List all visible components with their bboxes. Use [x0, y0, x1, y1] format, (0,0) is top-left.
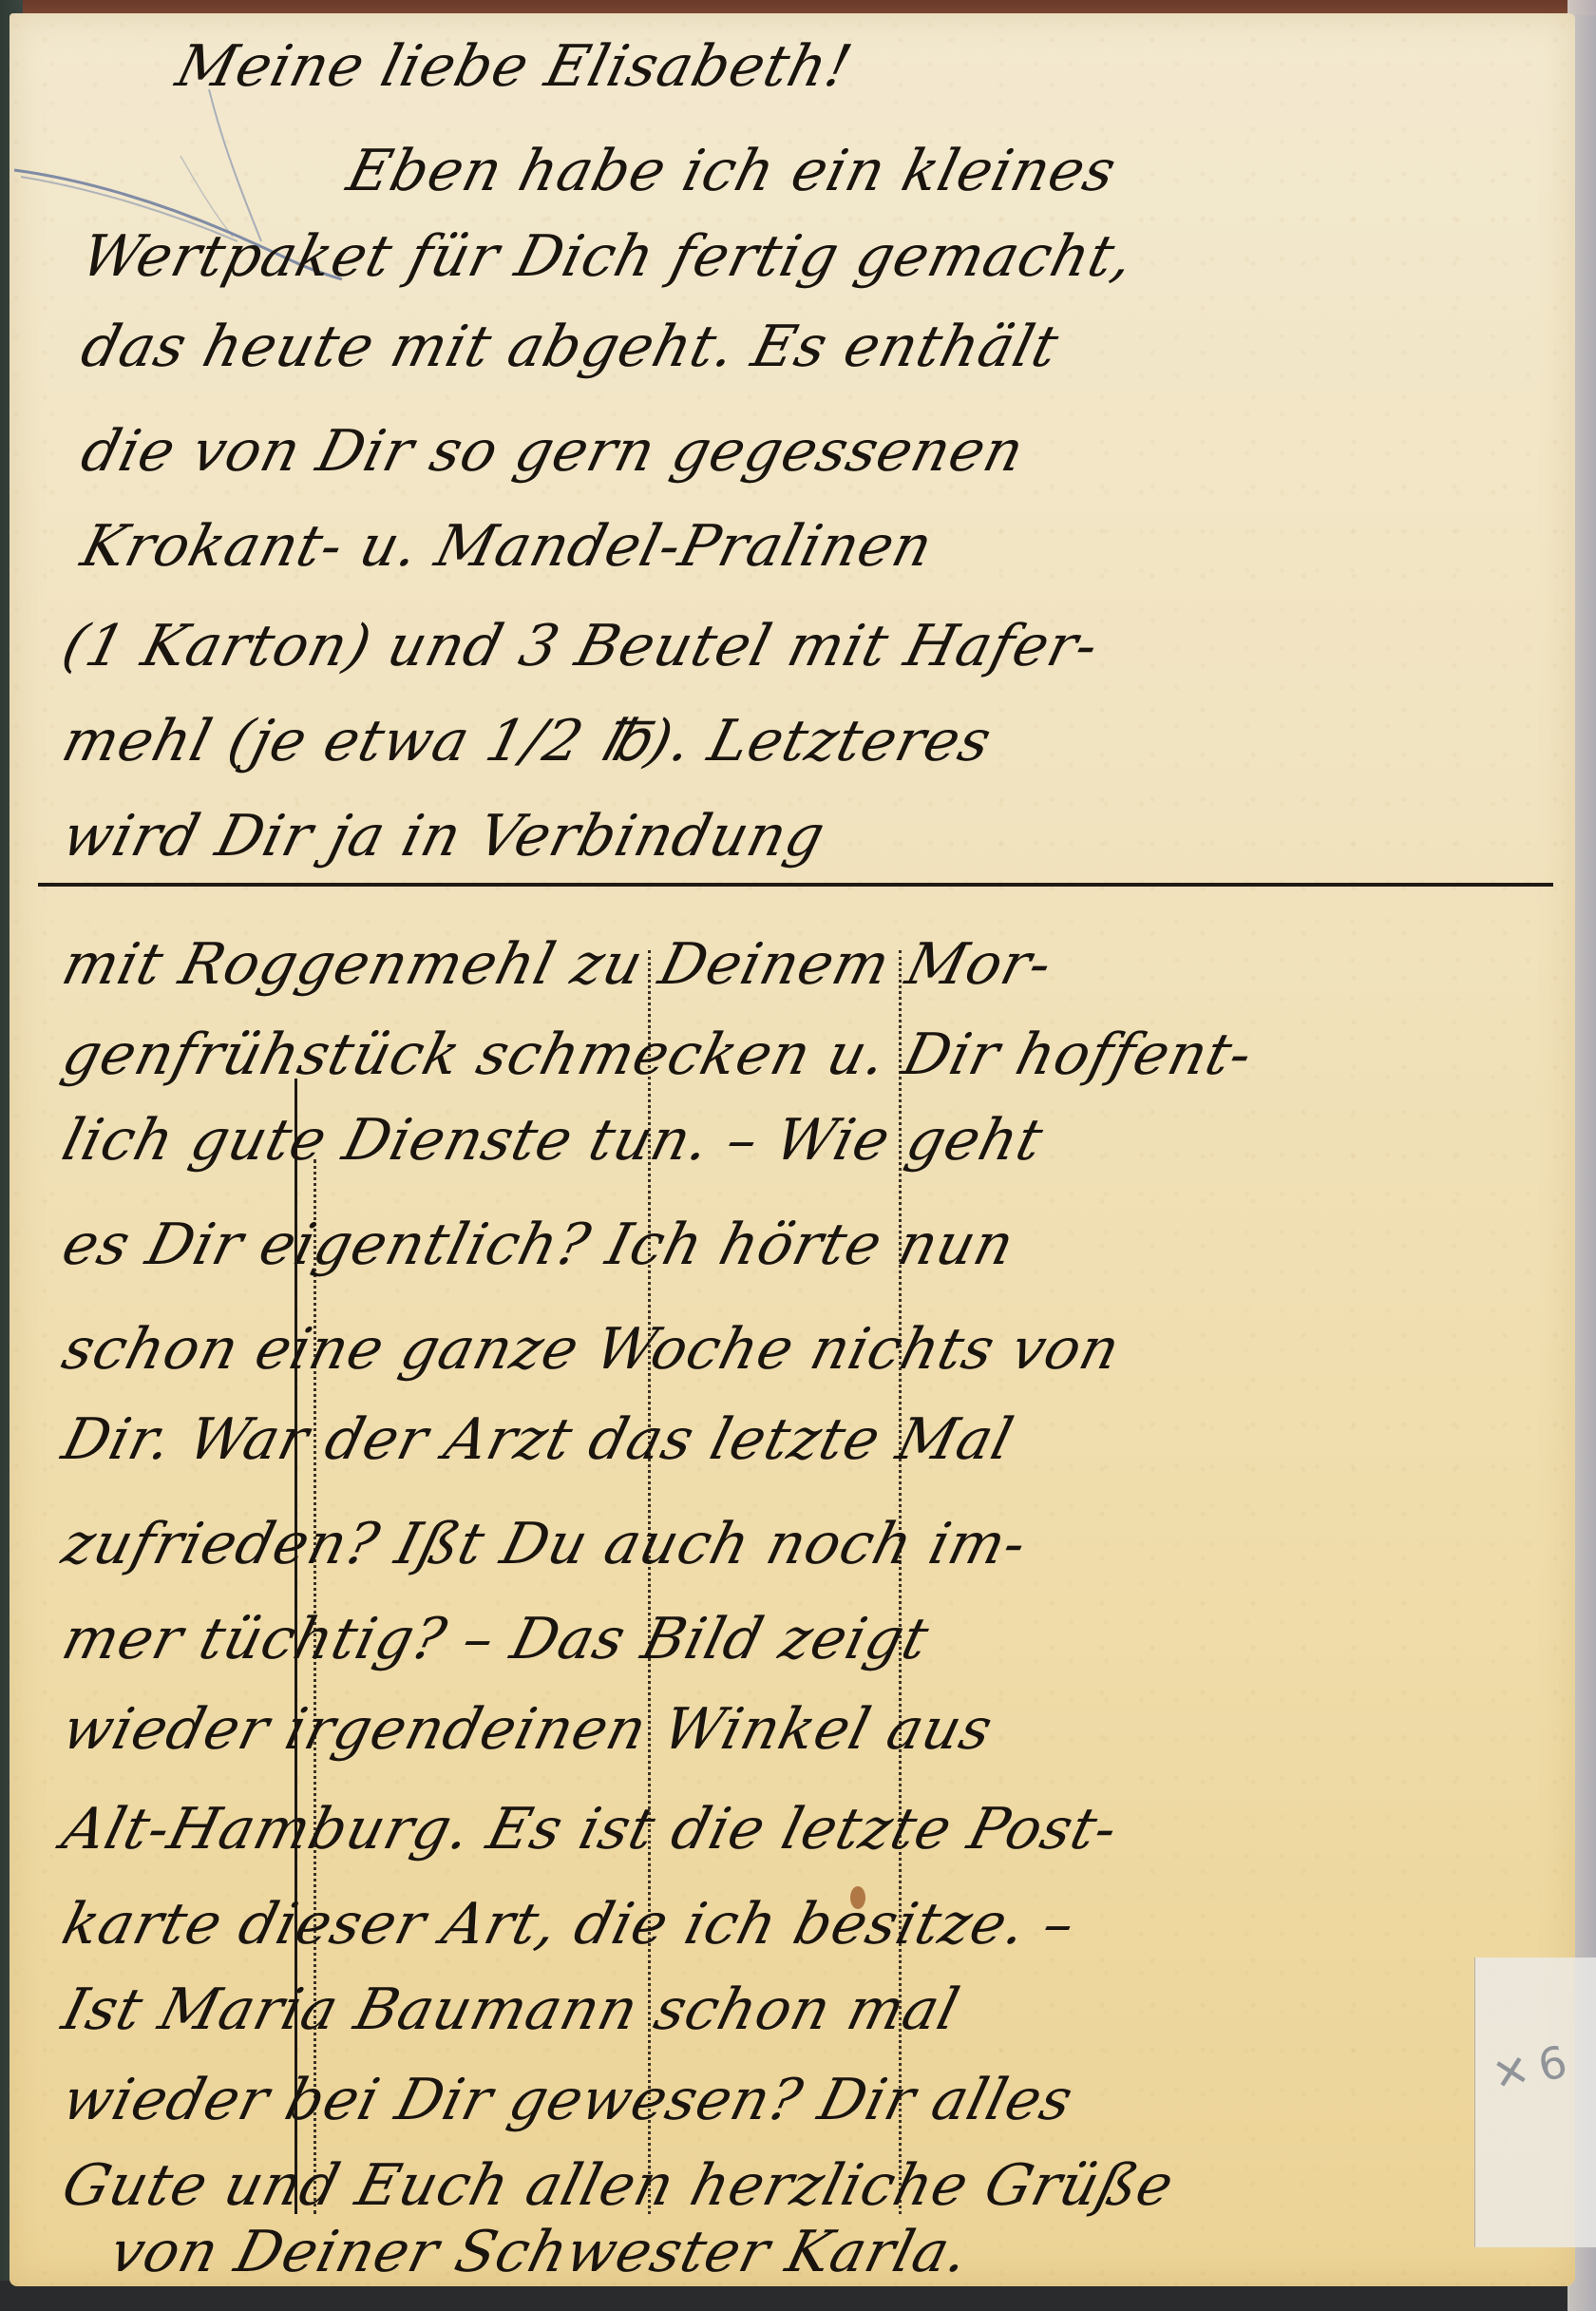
- closing-signature: von Deiner Schwester Karla.: [104, 2224, 975, 2281]
- paper-hinge-tape: ✕ 6: [1474, 1958, 1596, 2247]
- letter-line: wieder bei Dir gewesen? Dir alles: [57, 2072, 1078, 2129]
- letter-line: Alt-Hamburg. Es ist die letzte Post-: [57, 1801, 1124, 1858]
- letter-line: zufrieden? Ißt Du auch noch im-: [57, 1516, 1033, 1573]
- letter-line: Wertpaket für Dich fertig gemacht,: [76, 228, 1140, 285]
- letter-line: Eben habe ich ein kleines: [342, 143, 1122, 200]
- letter-line: mehl (je etwa 1/2 ℔). Letzteres: [57, 713, 997, 770]
- letter-line: Krokant- u. Mandel-Pralinen: [76, 518, 939, 575]
- letter-line: es Dir eigentlich? Ich hörte nun: [57, 1216, 1020, 1273]
- letter-line: wieder irgendeinen Winkel aus: [57, 1701, 998, 1758]
- letter-line: genfrühstück schmecken u. Dir hoffent-: [57, 1026, 1258, 1083]
- letter-line: Ist Maria Baumann schon mal: [57, 1981, 965, 2038]
- letter-line: mit Roggenmehl zu Deinem Mor-: [57, 936, 1058, 993]
- letter-line: karte dieser Art, die ich besitze. –: [57, 1896, 1081, 1953]
- pencil-annotation: ✕ 6: [1488, 2036, 1569, 2102]
- salutation: Meine liebe Elisabeth!: [171, 38, 858, 95]
- letter-line: (1 Karton) und 3 Beutel mit Hafer-: [57, 618, 1104, 675]
- letter-line: lich gute Dienste tun. – Wie geht: [57, 1112, 1049, 1169]
- printed-divider-line: [38, 883, 1553, 887]
- letter-line: das heute mit abgeht. Es enthält: [76, 318, 1064, 375]
- letter-line: die von Dir so gern gegessenen: [76, 423, 1030, 480]
- letter-line: wird Dir ja in Verbindung: [57, 808, 830, 865]
- letter-line: mer tüchtig? – Das Bild zeigt: [57, 1611, 935, 1668]
- letter-line: Dir. War der Arzt das letzte Mal: [57, 1411, 1019, 1468]
- letter-line: schon eine ganze Woche nichts von: [57, 1321, 1126, 1378]
- letter-line: Gute und Euch allen herzliche Grüße: [57, 2157, 1180, 2214]
